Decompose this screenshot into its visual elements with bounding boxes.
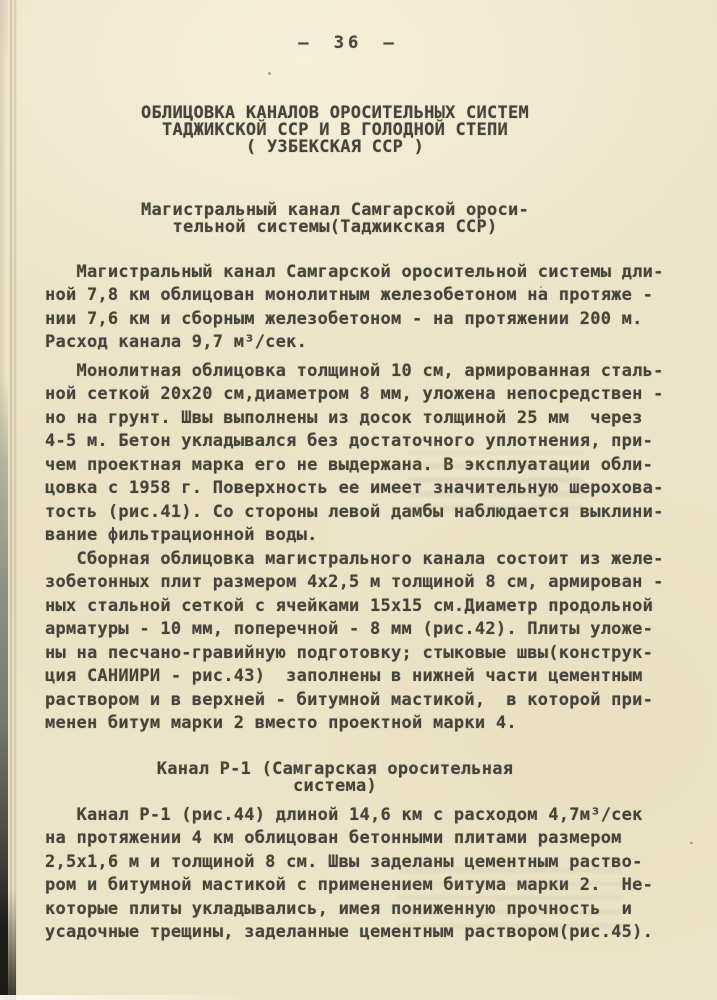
paper-speck: [540, 286, 542, 288]
page-number: — 36 —: [33, 35, 663, 52]
book-left-edge-shadow: [0, 890, 16, 1000]
section-1-paragraph-3: Сборная облицовка магистрального канала …: [45, 548, 664, 736]
section-1-heading: Магистральный канал Самгарской ороси- те…: [20, 202, 650, 236]
ink-ghost-smudge: [408, 452, 583, 510]
ink-ghost-smudge: [398, 862, 623, 928]
section-2-heading: Канал Р-1 (Самгарская оросительная систе…: [20, 761, 650, 795]
book-left-edge: [0, 0, 24, 1000]
document-title: ОБЛИЦОВКА КАНАЛОВ ОРОСИТЕЛЬНЫХ СИСТЕМ ТА…: [20, 105, 650, 155]
scan-bottom-edge: [0, 995, 280, 1000]
section-1-paragraph-1: Магистральный канал Самгарской ороситель…: [45, 261, 664, 355]
paper-speck: [690, 842, 693, 844]
paper-speck: [268, 72, 271, 75]
scanned-document-page: — 36 — ОБЛИЦОВКА КАНАЛОВ ОРОСИТЕЛЬНЫХ СИ…: [0, 0, 717, 1000]
